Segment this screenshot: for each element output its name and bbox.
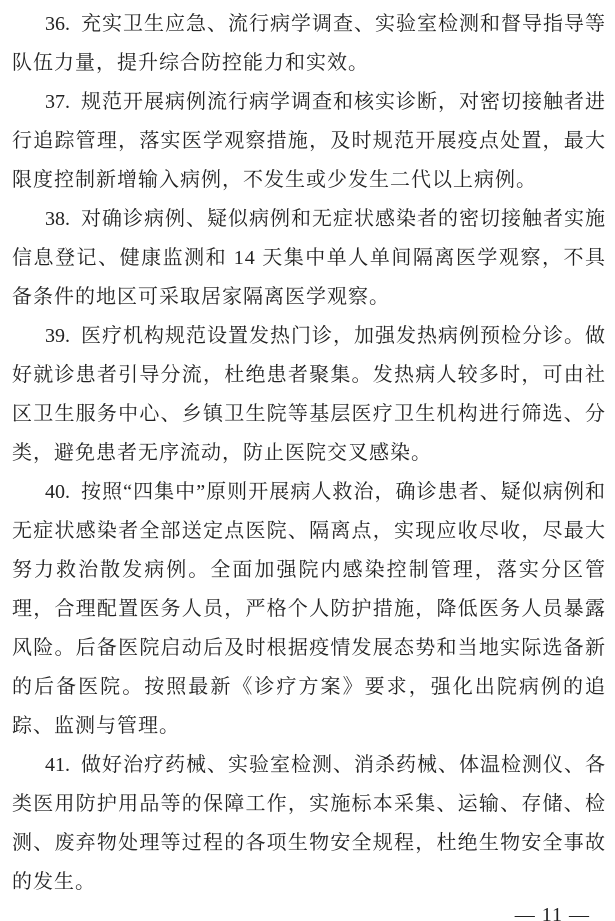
paragraph-36-number: 36. xyxy=(45,13,70,35)
paragraph-41-number: 41. xyxy=(45,754,70,776)
paragraph-37-text: 规范开展病例流行病学调查和核实诊断，对密切接触者进行追踪管理，落实医学观察措施，… xyxy=(12,91,606,191)
paragraph-39: 39.医疗机构规范设置发热门诊，加强发热病例预检分诊。做好就诊患者引导分流，杜绝… xyxy=(12,317,606,473)
paragraph-39-text: 医疗机构规范设置发热门诊，加强发热病例预检分诊。做好就诊患者引导分流，杜绝患者聚… xyxy=(12,325,606,464)
paragraph-40: 40.按照“四集中”原则开展病人救治，确诊患者、疑似病例和无症状感染者全部送定点… xyxy=(12,473,606,746)
paragraph-37: 37.规范开展病例流行病学调查和核实诊断，对密切接触者进行追踪管理，落实医学观察… xyxy=(12,83,606,200)
document-page: 36.充实卫生应急、流行病学调查、实验室检测和督导指导等队伍力量，提升综合防控能… xyxy=(0,0,615,921)
paragraph-37-number: 37. xyxy=(45,91,70,113)
document-body: 36.充实卫生应急、流行病学调查、实验室检测和督导指导等队伍力量，提升综合防控能… xyxy=(12,5,606,902)
paragraph-40-number: 40. xyxy=(45,481,70,503)
page-number: — 11 — xyxy=(515,904,590,921)
paragraph-41-text: 做好治疗药械、实验室检测、消杀药械、体温检测仪、各类医用防护用品等的保障工作，实… xyxy=(12,754,606,893)
paragraph-36: 36.充实卫生应急、流行病学调查、实验室检测和督导指导等队伍力量，提升综合防控能… xyxy=(12,5,606,83)
paragraph-41: 41.做好治疗药械、实验室检测、消杀药械、体温检测仪、各类医用防护用品等的保障工… xyxy=(12,746,606,902)
paragraph-38-number: 38. xyxy=(45,208,70,230)
page-footer: — 11 — xyxy=(12,902,606,921)
paragraph-39-number: 39. xyxy=(45,325,70,347)
paragraph-40-text: 按照“四集中”原则开展病人救治，确诊患者、疑似病例和无症状感染者全部送定点医院、… xyxy=(12,481,606,737)
paragraph-38: 38.对确诊病例、疑似病例和无症状感染者的密切接触者实施信息登记、健康监测和 1… xyxy=(12,200,606,317)
paragraph-38-text: 对确诊病例、疑似病例和无症状感染者的密切接触者实施信息登记、健康监测和 14 天… xyxy=(12,208,606,308)
paragraph-36-text: 充实卫生应急、流行病学调查、实验室检测和督导指导等队伍力量，提升综合防控能力和实… xyxy=(12,13,606,74)
